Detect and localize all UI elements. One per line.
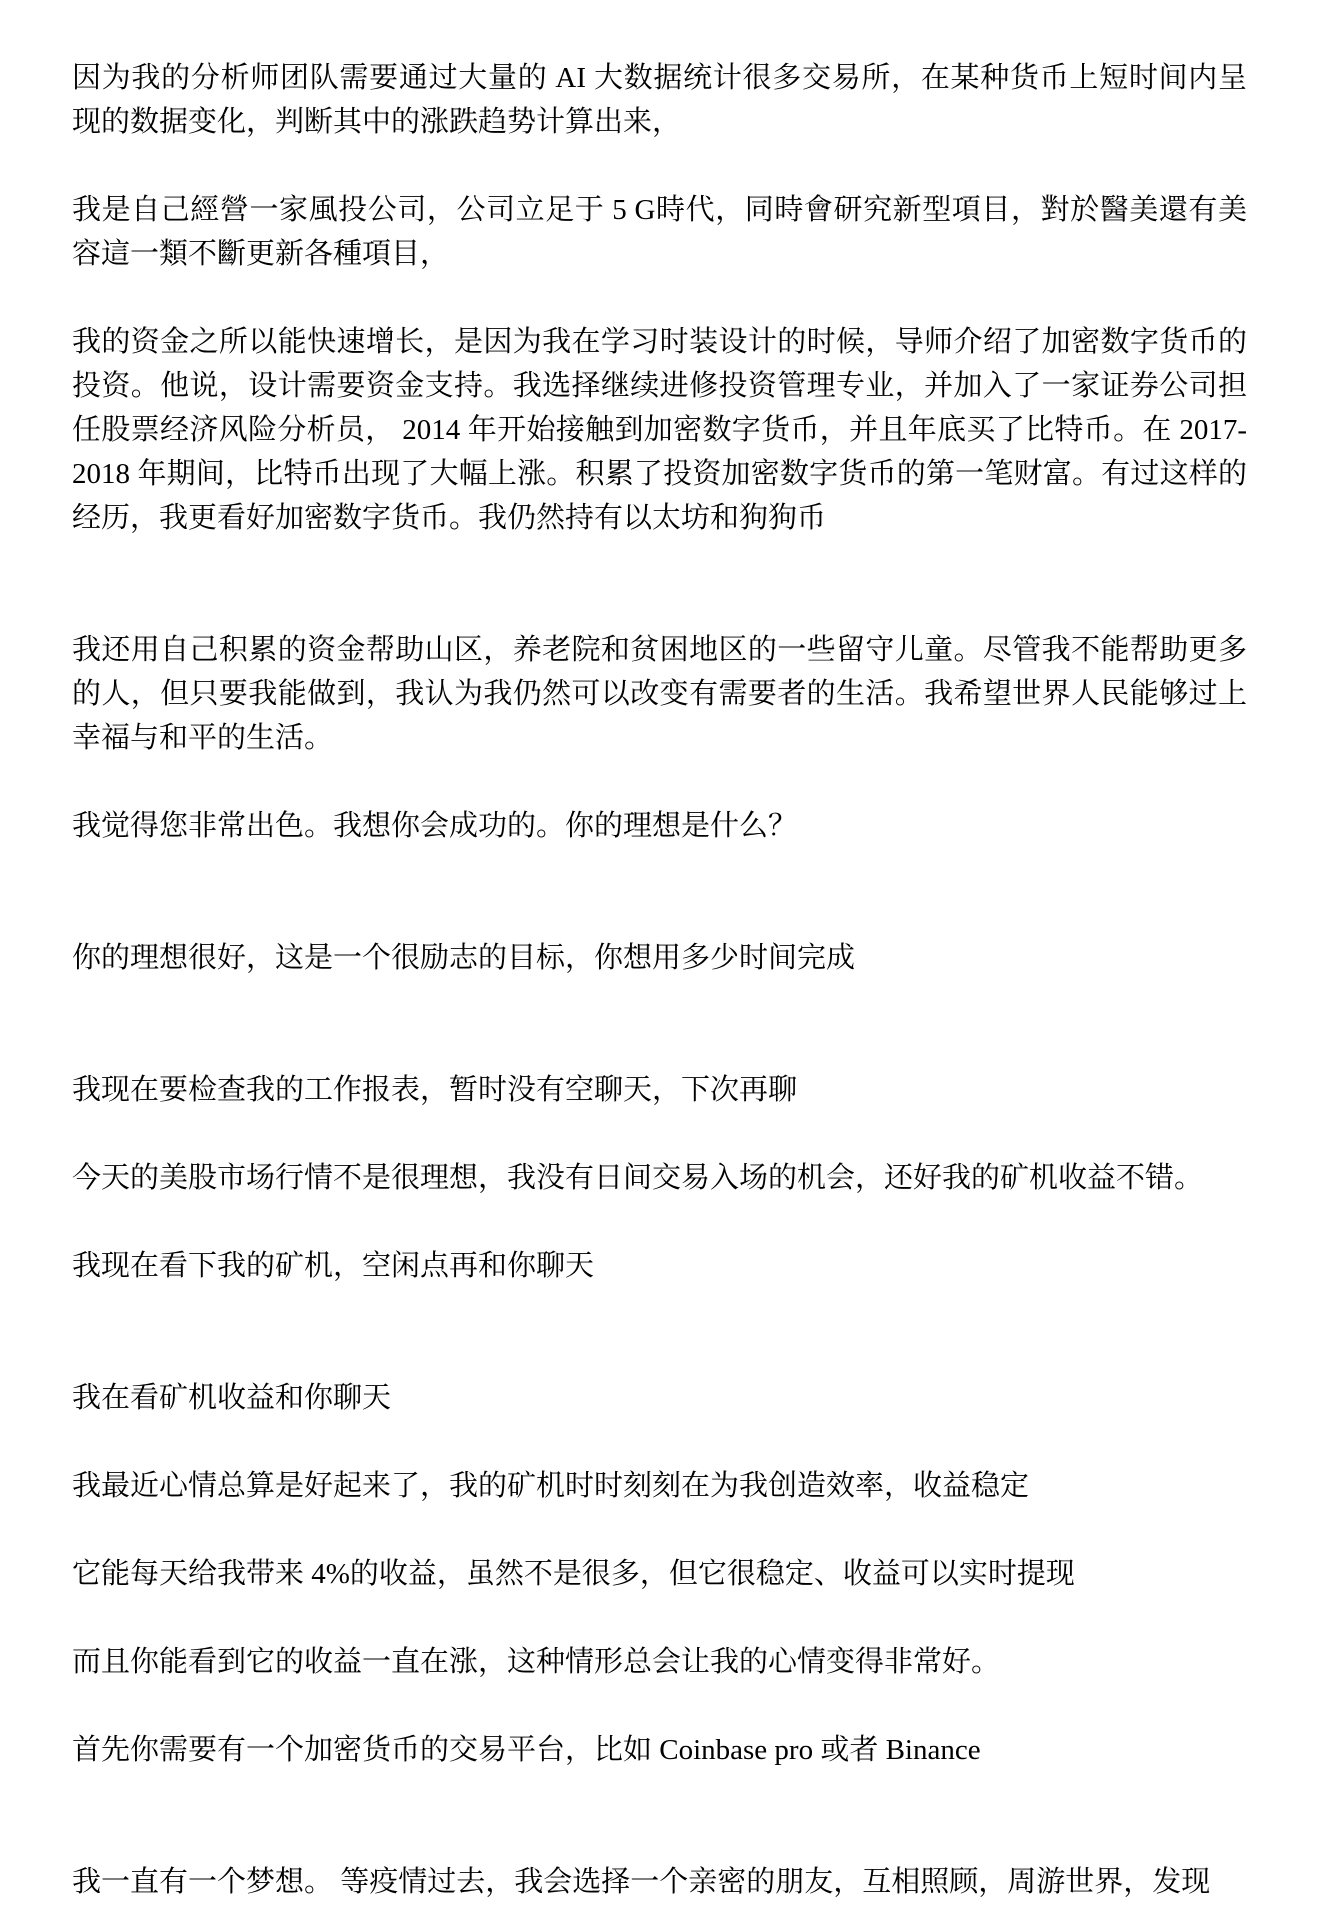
paragraph: 你的理想很好，这是一个很励志的目标，你想用多少时间完成 (72, 936, 1247, 980)
paragraph: 它能每天给我带来 4%的收益，虽然不是很多，但它很稳定、收益可以实时提现 (72, 1552, 1247, 1596)
empty-line (72, 1508, 1247, 1552)
empty-line (72, 848, 1247, 892)
empty-line (72, 1816, 1247, 1860)
empty-line (72, 1288, 1247, 1332)
empty-line (72, 1200, 1247, 1244)
paragraph: 我现在要检查我的工作报表，暂时没有空聊天，下次再聊 (72, 1068, 1247, 1112)
document-page: 因为我的分析师团队需要通过大量的 AI 大数据统计很多交易所，在某种货币上短时间… (0, 0, 1323, 1926)
paragraph: 我还用自己积累的资金帮助山区，养老院和贫困地区的一些留守儿童。尽管我不能帮助更多… (72, 628, 1247, 760)
empty-line (72, 980, 1247, 1024)
empty-line (72, 760, 1247, 804)
empty-line (72, 1420, 1247, 1464)
empty-line (72, 1772, 1247, 1816)
document-body: 因为我的分析师团队需要通过大量的 AI 大数据统计很多交易所，在某种货币上短时间… (72, 56, 1247, 1904)
empty-line (72, 540, 1247, 584)
paragraph: 我的资金之所以能快速增长，是因为我在学习时装设计的时候，导师介绍了加密数字货币的… (72, 320, 1247, 540)
paragraph: 我现在看下我的矿机，空闲点再和你聊天 (72, 1244, 1247, 1288)
paragraph: 因为我的分析师团队需要通过大量的 AI 大数据统计很多交易所，在某种货币上短时间… (72, 56, 1247, 144)
paragraph: 今天的美股市场行情不是很理想，我没有日间交易入场的机会，还好我的矿机收益不错。 (72, 1156, 1247, 1200)
paragraph: 首先你需要有一个加密货币的交易平台，比如 Coinbase pro 或者 Bin… (72, 1728, 1247, 1772)
empty-line (72, 1596, 1247, 1640)
empty-line (72, 1112, 1247, 1156)
empty-line (72, 1684, 1247, 1728)
paragraph: 而且你能看到它的收益一直在涨，这种情形总会让我的心情变得非常好。 (72, 1640, 1247, 1684)
empty-line (72, 1024, 1247, 1068)
paragraph: 我在看矿机收益和你聊天 (72, 1376, 1247, 1420)
empty-line (72, 276, 1247, 320)
paragraph: 我是自己經營一家風投公司，公司立足于 5 G時代，同時會研究新型項目，對於醫美還… (72, 188, 1247, 276)
empty-line (72, 892, 1247, 936)
empty-line (72, 1332, 1247, 1376)
paragraph: 我一直有一个梦想。 等疫情过去，我会选择一个亲密的朋友，互相照顾，周游世界，发现 (72, 1860, 1247, 1904)
paragraph: 我觉得您非常出色。我想你会成功的。你的理想是什么？ (72, 804, 1247, 848)
paragraph: 我最近心情总算是好起来了，我的矿机时时刻刻在为我创造效率，收益稳定 (72, 1464, 1247, 1508)
empty-line (72, 144, 1247, 188)
empty-line (72, 584, 1247, 628)
